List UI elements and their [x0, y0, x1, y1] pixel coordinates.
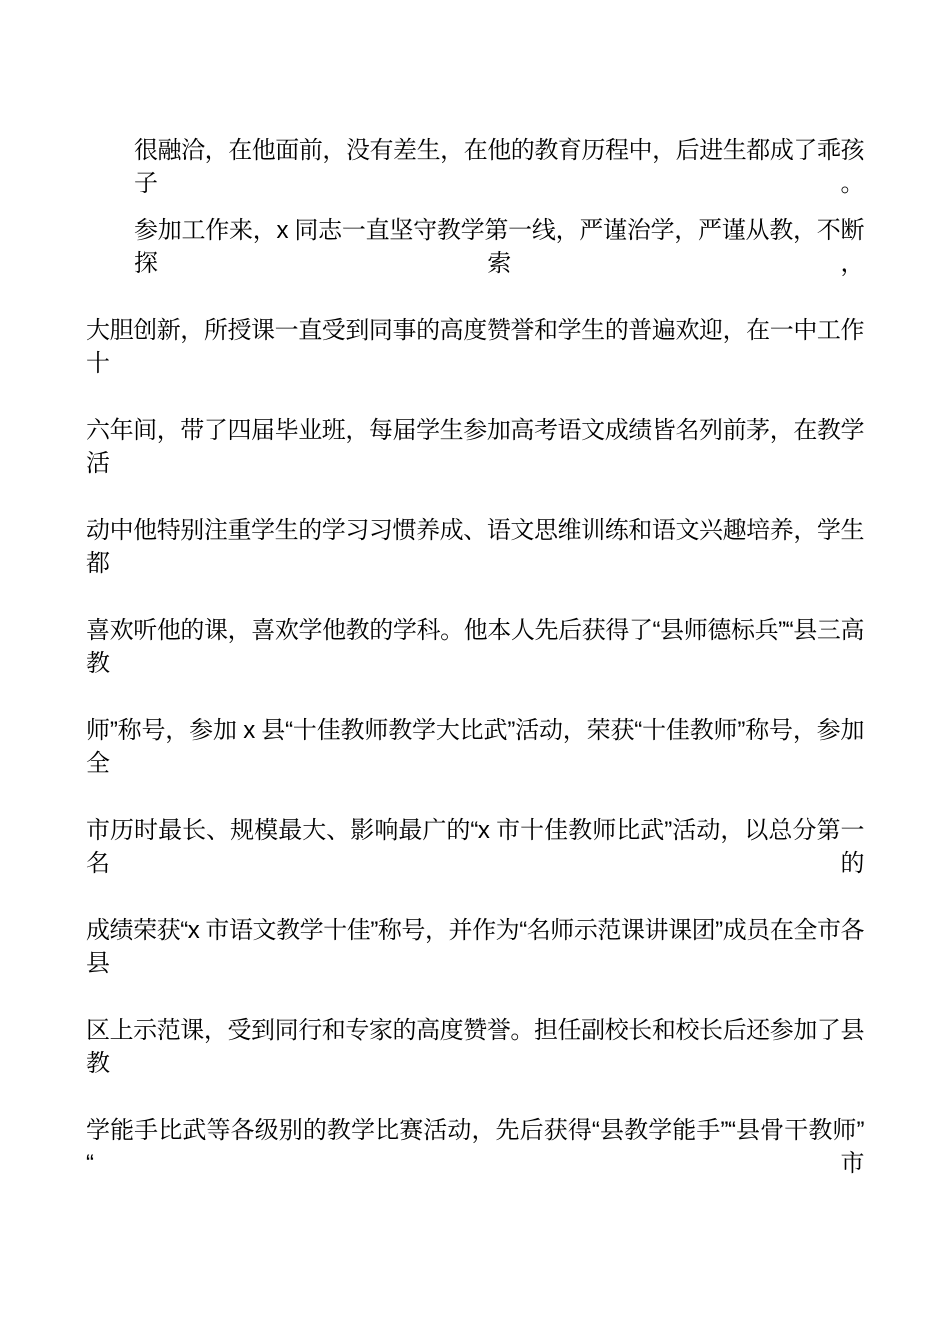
text-line: 大胆创新，所授课一直受到同事的高度赞誉和学生的普遍欢迎，在一中工作十	[86, 314, 864, 380]
text-line: 区上示范课，受到同行和专家的高度赞誉。担任副校长和校长后还参加了县教	[86, 1014, 864, 1080]
text-line: 师”称号，参加 x 县“十佳教师教学大比武”活动，荣获“十佳教师”称号，参加全	[86, 714, 864, 780]
text-line: 六年间，带了四届毕业班，每届学生参加高考语文成绩皆名列前茅，在教学活	[86, 414, 864, 480]
text-line: 喜欢听他的课，喜欢学他教的学科。他本人先后获得了“县师德标兵”“县三高教	[86, 614, 864, 680]
text-line: 学能手比武等各级别的教学比赛活动，先后获得“县教学能手”“县骨干教师”“市	[86, 1114, 864, 1180]
text-line: 动中他特别注重学生的学习习惯养成、语文思维训练和语文兴趣培养，学生都	[86, 514, 864, 580]
text-line: 成绩荣获“x 市语文教学十佳”称号，并作为“名师示范课讲课团”成员在全市各县	[86, 914, 864, 980]
text-line: 市历时最长、规模最大、影响最广的“x 市十佳教师比武”活动，以总分第一名的	[86, 814, 864, 880]
text-line: 参加工作来，x 同志一直坚守教学第一线，严谨治学，严谨从教，不断探索，	[86, 214, 864, 280]
text-line: 很融洽，在他面前，没有差生，在他的教育历程中，后进生都成了乖孩子。	[86, 134, 864, 200]
document-page: 很融洽，在他面前，没有差生，在他的教育历程中，后进生都成了乖孩子。 参加工作来，…	[0, 0, 950, 1344]
